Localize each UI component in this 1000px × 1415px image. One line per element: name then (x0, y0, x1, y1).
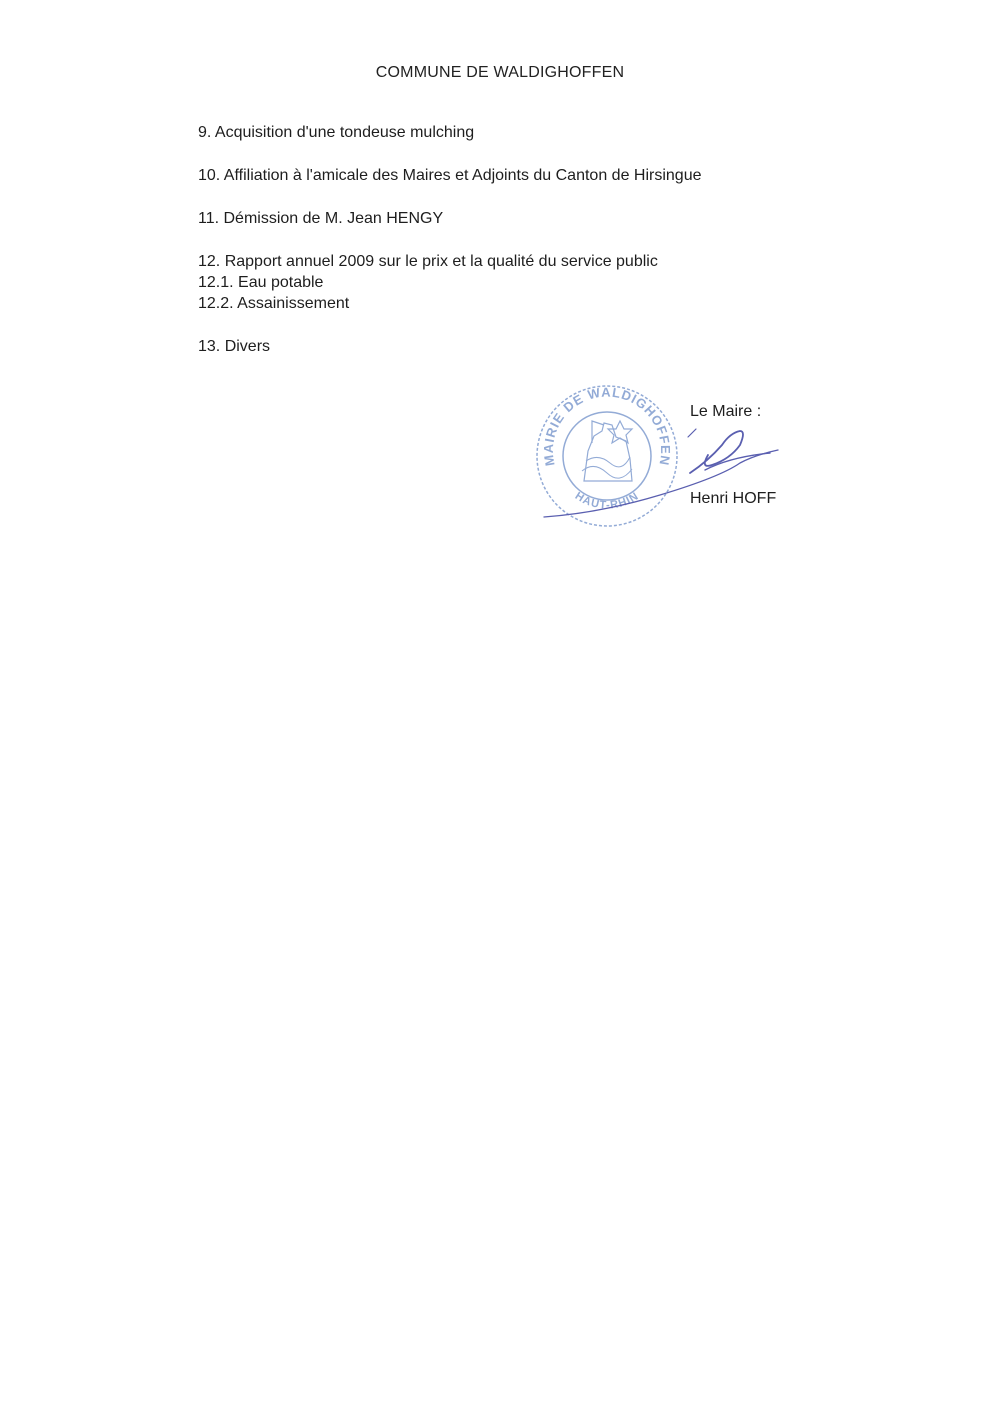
signatory-title: Le Maire : (690, 403, 761, 421)
agenda-item-10: 10. Affiliation à l'amicale des Maires e… (198, 165, 702, 186)
agenda-item-12-2: 12.2. Assainissement (198, 293, 702, 314)
agenda-item-9: 9. Acquisition d'une tondeuse mulching (198, 122, 702, 143)
agenda-item-13: 13. Divers (198, 336, 702, 357)
agenda-item-12-1: 12.1. Eau potable (198, 272, 702, 293)
mayor-signature-icon (540, 425, 790, 525)
commune-title: COMMUNE DE WALDIGHOFFEN (0, 64, 1000, 82)
agenda-item-12: 12. Rapport annuel 2009 sur le prix et l… (198, 251, 702, 272)
signatory-name: Henri HOFF (690, 490, 776, 508)
agenda-list: 9. Acquisition d'une tondeuse mulching 1… (198, 122, 702, 357)
agenda-item-11: 11. Démission de M. Jean HENGY (198, 208, 702, 229)
